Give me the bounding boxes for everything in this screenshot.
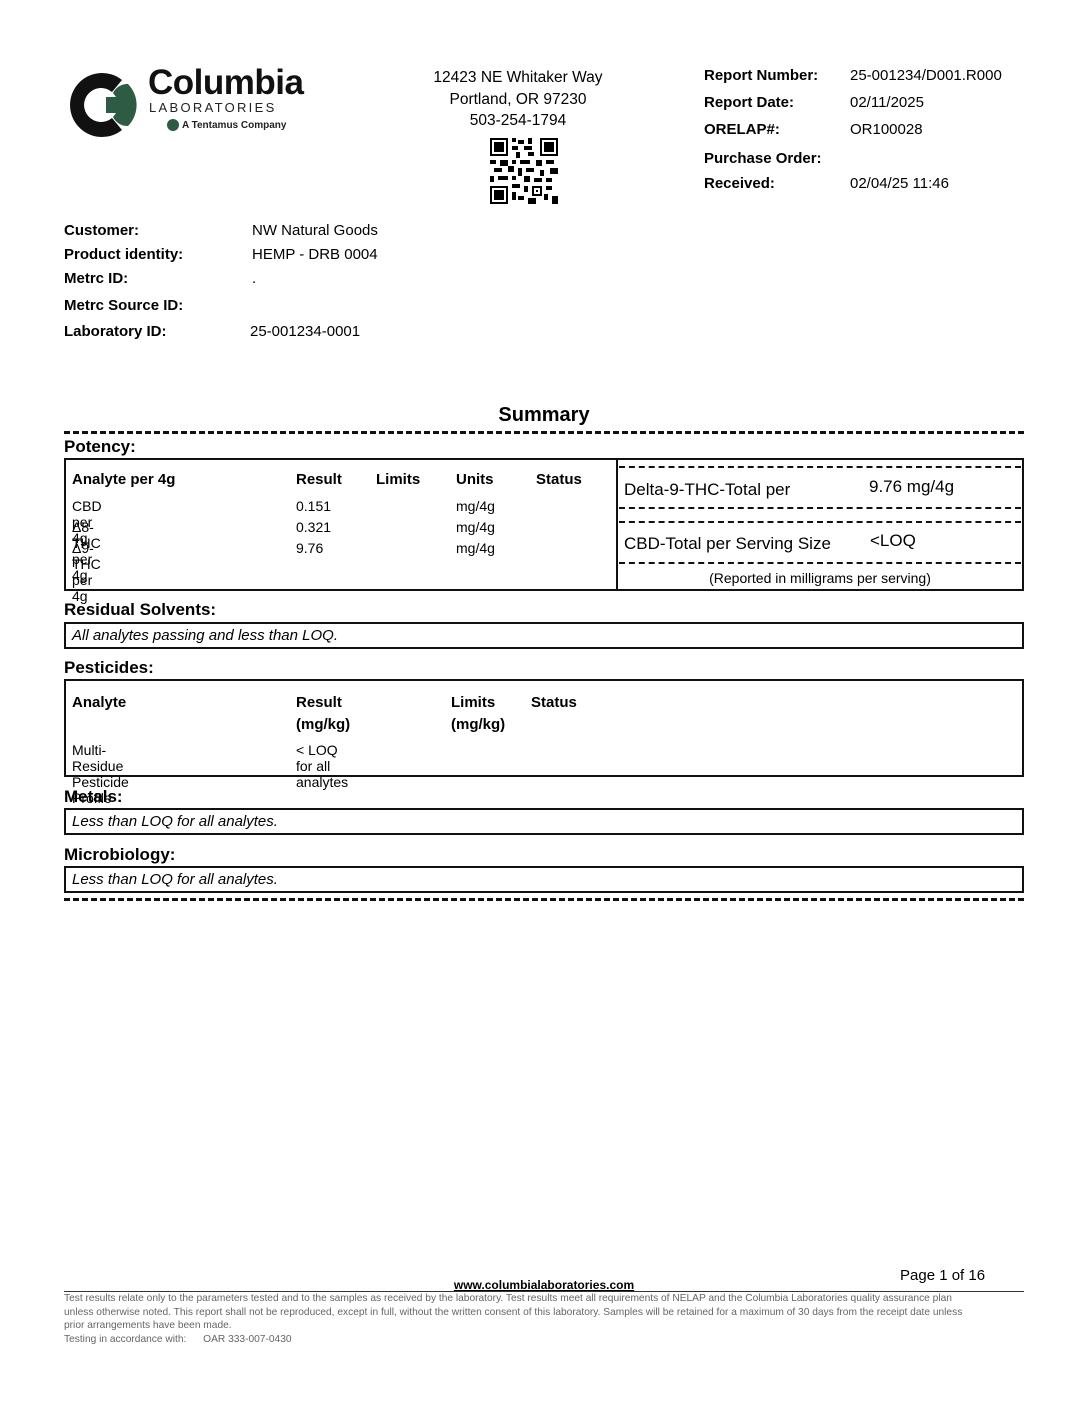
potency-col-units: Units bbox=[456, 471, 494, 488]
potency-units: mg/4g bbox=[456, 519, 495, 535]
address-street: 12423 NE Whitaker Way bbox=[418, 67, 618, 89]
col-line1: Result bbox=[296, 692, 350, 714]
compliance-line: Testing in accordance with: OAR 333-007-… bbox=[64, 1333, 1024, 1347]
disclaimer-line: Test results relate only to the paramete… bbox=[64, 1292, 1024, 1306]
divider-dashed bbox=[64, 431, 1024, 434]
compliance-label: Testing in accordance with: bbox=[64, 1334, 186, 1345]
meta-label: Received: bbox=[704, 175, 775, 192]
laboratory-id-value: 25-001234-0001 bbox=[250, 323, 360, 340]
total-cbd-label: CBD-Total per Serving Size bbox=[624, 534, 831, 554]
pesticides-col-result: Result (mg/kg) bbox=[296, 692, 350, 736]
qr-code-icon[interactable] bbox=[490, 138, 558, 204]
totals-divider bbox=[619, 466, 1021, 468]
potency-result: 0.321 bbox=[296, 519, 331, 535]
col-line1: Status bbox=[531, 692, 577, 714]
address-phone: 503-254-1794 bbox=[418, 110, 618, 132]
residual-solvents-note: All analytes passing and less than LOQ. bbox=[72, 627, 338, 644]
metrc-id-value: . bbox=[252, 270, 256, 287]
totals-divider bbox=[619, 562, 1021, 564]
potency-col-result: Result bbox=[296, 471, 342, 488]
address-city: Portland, OR 97230 bbox=[418, 89, 618, 111]
total-d9thc-label: Delta-9-THC-Total per bbox=[624, 480, 790, 500]
compliance-value: OAR 333-007-0430 bbox=[203, 1334, 291, 1345]
customer-label: Customer: bbox=[64, 222, 139, 239]
meta-label: ORELAP#: bbox=[704, 121, 780, 138]
metrc-id-label: Metrc ID: bbox=[64, 270, 128, 287]
col-line2: (mg/kg) bbox=[296, 714, 350, 736]
meta-label: Report Number: bbox=[704, 67, 818, 84]
totals-divider bbox=[619, 507, 1021, 509]
col-line1: Limits bbox=[451, 692, 505, 714]
footer-disclaimer: Test results relate only to the paramete… bbox=[64, 1292, 1024, 1346]
totals-note: (Reported in milligrams per serving) bbox=[619, 570, 1021, 586]
disclaimer-line: unless otherwise noted. This report shal… bbox=[64, 1306, 1024, 1320]
website-link[interactable]: www.columbialaboratories.com bbox=[0, 1278, 1088, 1292]
col-line1: Analyte bbox=[72, 692, 126, 714]
potency-units: mg/4g bbox=[456, 498, 495, 514]
meta-value: 25-001234/D001.R000 bbox=[850, 67, 1002, 84]
pesticides-col-status: Status bbox=[531, 692, 577, 714]
pesticides-col-analyte: Analyte bbox=[72, 692, 126, 714]
metals-heading: Metals: bbox=[64, 787, 123, 807]
metals-note: Less than LOQ for all analytes. bbox=[72, 813, 278, 830]
meta-value: 02/11/2025 bbox=[850, 94, 924, 111]
customer-value: NW Natural Goods bbox=[252, 222, 378, 239]
meta-value: 02/04/25 11:46 bbox=[850, 175, 949, 192]
potency-result: 0.151 bbox=[296, 498, 331, 514]
potency-units: mg/4g bbox=[456, 540, 495, 556]
laboratory-id-label: Laboratory ID: bbox=[64, 323, 167, 340]
potency-col-limits: Limits bbox=[376, 471, 420, 488]
brand-tagline: A Tentamus Company bbox=[167, 119, 286, 131]
residual-solvents-heading: Residual Solvents: bbox=[64, 600, 216, 620]
lab-address: 12423 NE Whitaker Way Portland, OR 97230… bbox=[418, 67, 618, 132]
potency-analyte: Δ9-THC per 4g bbox=[72, 540, 101, 604]
potency-col-analyte: Analyte per 4g bbox=[72, 471, 175, 488]
potency-column-divider bbox=[616, 458, 618, 591]
summary-title: Summary bbox=[0, 404, 1088, 427]
brand-name: Columbia bbox=[148, 63, 303, 103]
microbiology-heading: Microbiology: bbox=[64, 845, 175, 865]
pesticides-heading: Pesticides: bbox=[64, 658, 154, 678]
divider-dashed bbox=[64, 898, 1024, 901]
columbia-logo-icon bbox=[66, 66, 146, 144]
microbiology-note: Less than LOQ for all analytes. bbox=[72, 871, 278, 888]
brand-subtitle: LABORATORIES bbox=[149, 100, 277, 115]
product-identity-value: HEMP - DRB 0004 bbox=[252, 246, 378, 263]
meta-label: Report Date: bbox=[704, 94, 794, 111]
metrc-source-id-label: Metrc Source ID: bbox=[64, 297, 183, 314]
col-line2: (mg/kg) bbox=[451, 714, 505, 736]
brand-tagline-text: A Tentamus Company bbox=[182, 120, 286, 131]
totals-divider bbox=[619, 521, 1021, 523]
potency-heading: Potency: bbox=[64, 437, 136, 457]
potency-result: 9.76 bbox=[296, 540, 323, 556]
total-d9thc-value: 9.76 mg/4g bbox=[869, 477, 954, 497]
meta-value: OR100028 bbox=[850, 121, 923, 138]
potency-col-status: Status bbox=[536, 471, 582, 488]
pesticides-result: < LOQ for all analytes bbox=[296, 742, 348, 790]
tentamus-leaf-icon bbox=[167, 119, 179, 131]
pesticides-col-limits: Limits (mg/kg) bbox=[451, 692, 505, 736]
total-cbd-value: <LOQ bbox=[870, 531, 916, 551]
meta-label: Purchase Order: bbox=[704, 150, 822, 167]
disclaimer-line: prior arrangements have been made. bbox=[64, 1319, 1024, 1333]
product-identity-label: Product identity: bbox=[64, 246, 183, 263]
